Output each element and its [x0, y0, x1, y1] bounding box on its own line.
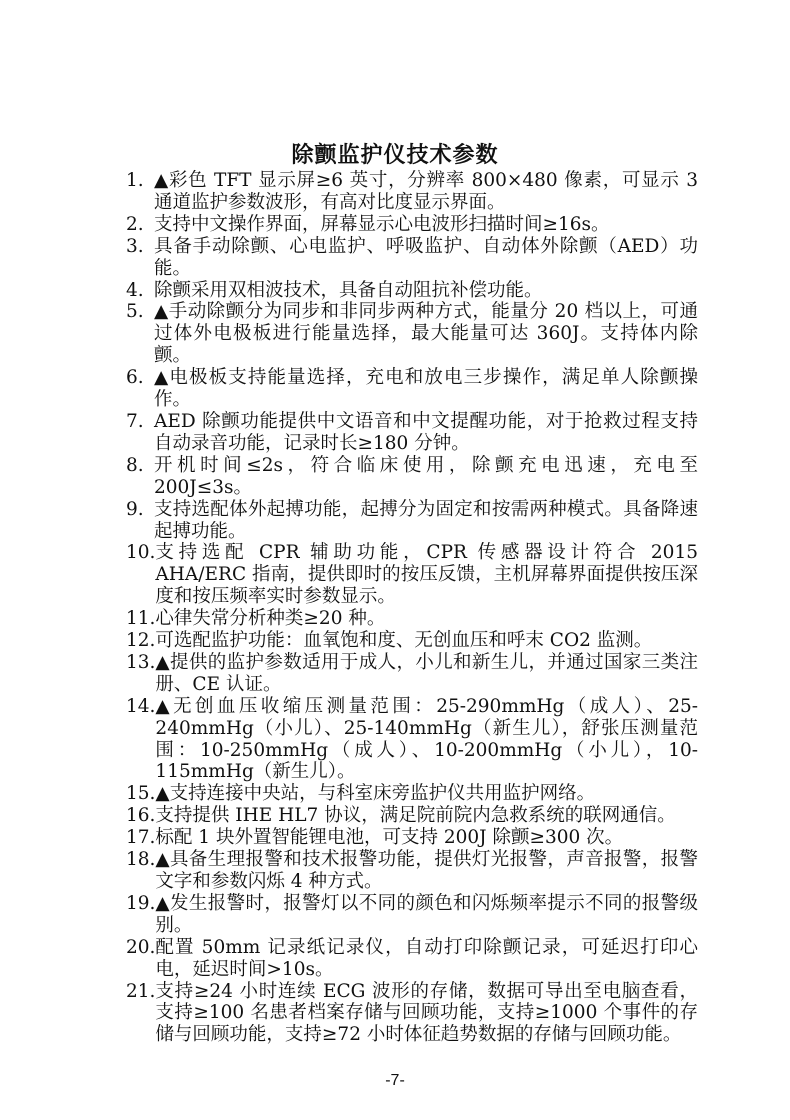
- spec-item-text: 除颤采用双相波技术，具备自动阻抗补偿功能。: [154, 280, 698, 302]
- spec-item: 21.支持≥24 小时连续 ECG 波形的存储，数据可导出至电脑查看，支持≥10…: [126, 981, 698, 1047]
- spec-item: 16.支持提供 IHE HL7 协议，满足院前院内急救系统的联网通信。: [126, 805, 698, 827]
- spec-item-text: 配置 50mm 记录纸记录仪，自动打印除颤记录，可延迟打印心电，延迟时间>10s…: [155, 937, 698, 981]
- spec-item-number: 2.: [126, 214, 154, 236]
- spec-item-text: 心律失常分析种类≥20 种。: [155, 608, 698, 630]
- spec-item-text: 支持≥24 小时连续 ECG 波形的存储，数据可导出至电脑查看，支持≥100 名…: [155, 981, 698, 1047]
- spec-item-number: 20.: [126, 937, 155, 981]
- spec-item-number: 19.: [126, 893, 155, 937]
- spec-item-number: 18.: [126, 849, 155, 893]
- spec-item-number: 11.: [126, 608, 155, 630]
- spec-item-text: 标配 1 块外置智能锂电池，可支持 200J 除颤≥300 次。: [155, 827, 698, 849]
- spec-item-number: 10.: [126, 542, 155, 608]
- spec-item-text: ▲提供的监护参数适用于成人，小儿和新生儿，并通过国家三类注册、CE 认证。: [155, 652, 698, 696]
- spec-item: 19.▲发生报警时，报警灯以不同的颜色和闪烁频率提示不同的报警级别。: [126, 893, 698, 937]
- spec-item: 10.支持选配 CPR 辅助功能，CPR 传感器设计符合 2015 AHA/ER…: [126, 542, 698, 608]
- page-number: -7-: [0, 1072, 790, 1090]
- spec-item-number: 12.: [126, 630, 155, 652]
- spec-item: 20.配置 50mm 记录纸记录仪，自动打印除颤记录，可延迟打印心电，延迟时间>…: [126, 937, 698, 981]
- spec-item: 7.AED 除颤功能提供中文语音和中文提醒功能，对于抢救过程支持自动录音功能，记…: [126, 411, 698, 455]
- spec-item-text: ▲发生报警时，报警灯以不同的颜色和闪烁频率提示不同的报警级别。: [155, 893, 698, 937]
- spec-item-text: ▲电极板支持能量选择，充电和放电三步操作，满足单人除颤操作。: [154, 367, 698, 411]
- spec-item-number: 16.: [126, 805, 155, 827]
- spec-item-text: 支持选配 CPR 辅助功能，CPR 传感器设计符合 2015 AHA/ERC 指…: [155, 542, 698, 608]
- spec-item: 3.具备手动除颤、心电监护、呼吸监护、自动体外除颤（AED）功能。: [126, 236, 698, 280]
- spec-item: 6.▲电极板支持能量选择，充电和放电三步操作，满足单人除颤操作。: [126, 367, 698, 411]
- spec-item-text: 支持提供 IHE HL7 协议，满足院前院内急救系统的联网通信。: [155, 805, 698, 827]
- spec-item-number: 3.: [126, 236, 154, 280]
- spec-item: 13.▲提供的监护参数适用于成人，小儿和新生儿，并通过国家三类注册、CE 认证。: [126, 652, 698, 696]
- spec-item: 18.▲具备生理报警和技术报警功能，提供灯光报警，声音报警，报警文字和参数闪烁 …: [126, 849, 698, 893]
- spec-item-text: ▲支持连接中央站，与科室床旁监护仪共用监护网络。: [155, 783, 698, 805]
- spec-item-number: 17.: [126, 827, 155, 849]
- spec-item-number: 7.: [126, 411, 154, 455]
- spec-item: 11.心律失常分析种类≥20 种。: [126, 608, 698, 630]
- spec-item-number: 5.: [126, 301, 154, 367]
- spec-item: 12.可选配监护功能：血氧饱和度、无创血压和呼末 CO2 监测。: [126, 630, 698, 652]
- spec-item-text: ▲无创血压收缩压测量范围：25-290mmHg（成人）、25-240mmHg（小…: [155, 696, 698, 784]
- spec-item-text: AED 除颤功能提供中文语音和中文提醒功能，对于抢救过程支持自动录音功能，记录时…: [154, 411, 698, 455]
- spec-item: 14.▲无创血压收缩压测量范围：25-290mmHg（成人）、25-240mmH…: [126, 696, 698, 784]
- spec-item: 15.▲支持连接中央站，与科室床旁监护仪共用监护网络。: [126, 783, 698, 805]
- spec-item-text: 可选配监护功能：血氧饱和度、无创血压和呼末 CO2 监测。: [155, 630, 698, 652]
- spec-item-number: 1.: [126, 170, 154, 214]
- spec-item-number: 6.: [126, 367, 154, 411]
- spec-item-number: 21.: [126, 981, 155, 1047]
- spec-item-text: ▲具备生理报警和技术报警功能，提供灯光报警，声音报警，报警文字和参数闪烁 4 种…: [155, 849, 698, 893]
- spec-item-number: 13.: [126, 652, 155, 696]
- spec-item: 1.▲彩色 TFT 显示屏≥6 英寸，分辨率 800×480 像素，可显示 3 …: [126, 170, 698, 214]
- spec-item: 2.支持中文操作界面，屏幕显示心电波形扫描时间≥16s。: [126, 214, 698, 236]
- spec-item-number: 14.: [126, 696, 155, 784]
- spec-list: 1.▲彩色 TFT 显示屏≥6 英寸，分辨率 800×480 像素，可显示 3 …: [126, 170, 698, 1046]
- spec-item-text: 支持中文操作界面，屏幕显示心电波形扫描时间≥16s。: [154, 214, 698, 236]
- document-title: 除颤监护仪技术参数: [0, 140, 790, 170]
- spec-item-text: 支持选配体外起搏功能，起搏分为固定和按需两种模式。具备降速起搏功能。: [154, 499, 698, 543]
- spec-item-number: 15.: [126, 783, 155, 805]
- spec-item-number: 4.: [126, 280, 154, 302]
- spec-item-text: ▲彩色 TFT 显示屏≥6 英寸，分辨率 800×480 像素，可显示 3 通道…: [154, 170, 698, 214]
- spec-item: 4.除颤采用双相波技术，具备自动阻抗补偿功能。: [126, 280, 698, 302]
- spec-item: 8.开机时间≤2s，符合临床使用，除颤充电迅速，充电至 200J≤3s。: [126, 455, 698, 499]
- spec-item: 5.▲手动除颤分为同步和非同步两种方式，能量分 20 档以上，可通过体外电极板进…: [126, 301, 698, 367]
- spec-item-number: 8.: [126, 455, 154, 499]
- spec-item-text: 开机时间≤2s，符合临床使用，除颤充电迅速，充电至 200J≤3s。: [154, 455, 698, 499]
- spec-item: 17.标配 1 块外置智能锂电池，可支持 200J 除颤≥300 次。: [126, 827, 698, 849]
- spec-item-text: ▲手动除颤分为同步和非同步两种方式，能量分 20 档以上，可通过体外电极板进行能…: [154, 301, 698, 367]
- spec-item-number: 9.: [126, 499, 154, 543]
- spec-item: 9.支持选配体外起搏功能，起搏分为固定和按需两种模式。具备降速起搏功能。: [126, 499, 698, 543]
- spec-item-text: 具备手动除颤、心电监护、呼吸监护、自动体外除颤（AED）功能。: [154, 236, 698, 280]
